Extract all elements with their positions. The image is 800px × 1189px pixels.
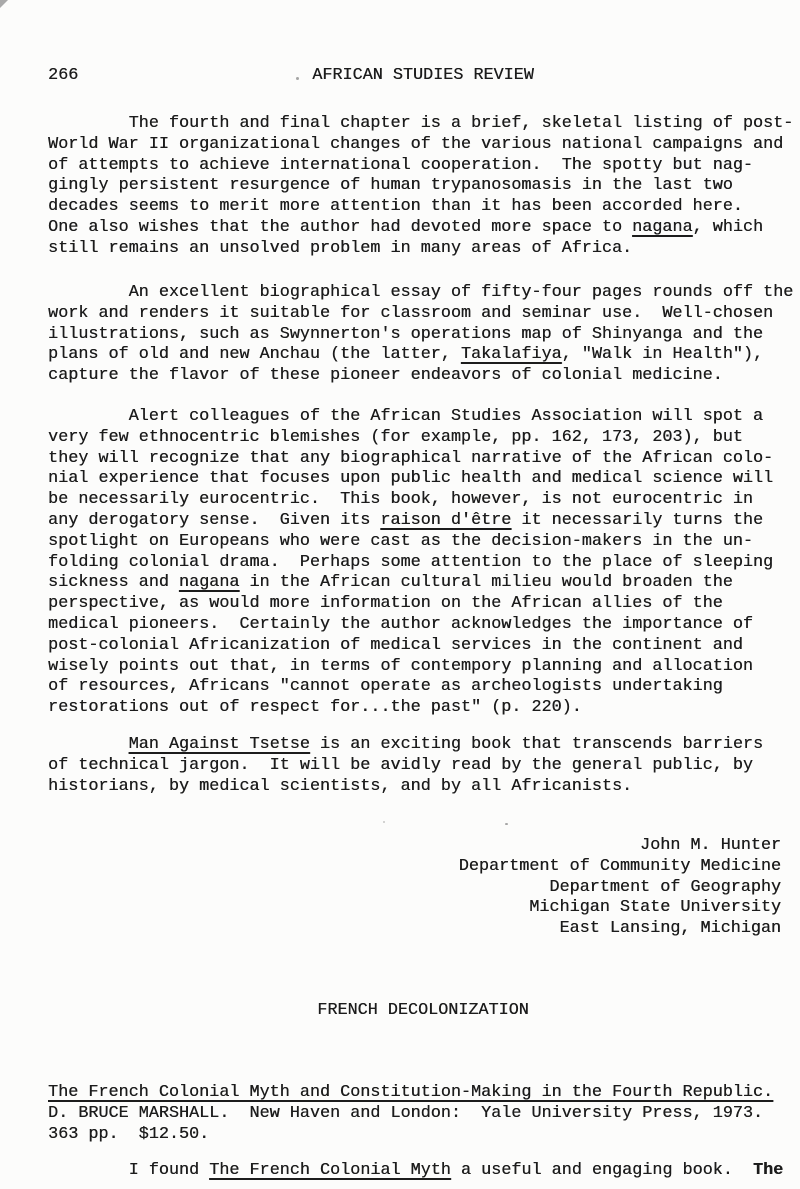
text-segment: be necessarily eurocentric. This book, h… [48,490,753,509]
text-segment: capture the flavor of these pioneer ende… [48,366,723,385]
text-line: capture the flavor of these pioneer ende… [48,366,798,387]
text-segment: nial experience that focuses upon public… [48,469,773,488]
text-segment: post-colonial Africanization of medical … [48,636,743,655]
text-line: perspective, as would more information o… [48,594,798,615]
review-paragraph-eurocentrism: Alert colleagues of the African Studies … [48,407,798,719]
text-segment: John M. Hunter [640,836,781,855]
text-line: be necessarily eurocentric. This book, h… [48,490,798,511]
underlined-text: The French Colonial Myth and Constitutio… [48,1083,773,1102]
journal-header-title: AFRICAN STUDIES REVIEW [48,66,798,87]
text-segment: medical pioneers. Certainly the author a… [48,615,753,634]
text-line: medical pioneers. Certainly the author a… [48,615,798,636]
text-segment: perspective, as would more information o… [48,594,723,613]
text-line: Michigan State University [48,898,781,919]
text-segment: of attempts to achieve international coo… [48,156,753,175]
text-line: restorations out of respect for...the pa… [48,698,798,719]
text-segment: I found [48,1161,209,1180]
text-segment: illustrations, such as Swynnerton's oper… [48,325,763,344]
text-segment: One also wishes that the author had devo… [48,218,632,237]
text-segment: East Lansing, Michigan [559,919,781,938]
text-line: nial experience that focuses upon public… [48,469,798,490]
text-segment: a useful and engaging book. [451,1161,753,1180]
next-review-opening-paragraph: I found The French Colonial Myth a usefu… [48,1161,798,1182]
text-segment: folding colonial drama. Perhaps some att… [48,553,773,572]
text-segment: they will recognize that any biographica… [48,449,773,468]
scan-corner-artifact [0,0,12,12]
text-segment: restorations out of respect for...the pa… [48,698,582,717]
scanned-page: 266 AFRICAN STUDIES REVIEW The fourth an… [0,0,800,1189]
text-line: any derogatory sense. Given its raison d… [48,511,798,532]
text-line: folding colonial drama. Perhaps some att… [48,553,798,574]
review-paragraph-conclusion: Man Against Tsetse is an exciting book t… [48,735,798,797]
text-segment: is an exciting book that transcends barr… [310,735,763,754]
text-line: illustrations, such as Swynnerton's oper… [48,325,798,346]
text-line: Department of Community Medicine [48,857,781,878]
text-segment: Department of Geography [549,878,781,897]
text-segment: work and renders it suitable for classro… [48,304,773,323]
text-segment: plans of old and new Anchau (the latter, [48,345,461,364]
underlined-text: nagana [632,218,692,237]
text-line: D. BRUCE MARSHALL. New Haven and London:… [48,1104,798,1125]
text-line: of attempts to achieve international coo… [48,156,798,177]
text-line: post-colonial Africanization of medical … [48,636,798,657]
text-segment: very few ethnocentric blemishes (for exa… [48,428,743,447]
reviewer-signature-block: John M. HunterDepartment of Community Me… [48,836,781,940]
text-line: I found The French Colonial Myth a usefu… [48,1161,798,1182]
scan-speck [383,821,385,823]
text-segment [48,735,129,754]
text-line: work and renders it suitable for classro… [48,304,798,325]
text-segment: any derogatory sense. Given its [48,511,380,530]
text-segment: 363 pp. $12.50. [48,1125,209,1144]
text-segment: sickness and [48,573,179,592]
text-line: The French Colonial Myth and Constitutio… [48,1083,798,1104]
underlined-text: Man Against Tsetse [129,735,310,754]
text-segment: wisely points out that, in terms of cont… [48,657,753,676]
text-segment: gingly persistent resurgence of human tr… [48,176,733,195]
text-line: One also wishes that the author had devo… [48,218,798,239]
review-paragraph-biographical-essay: An excellent biographical essay of fifty… [48,283,798,387]
review-paragraph-chapter-four: The fourth and final chapter is a brief,… [48,114,798,260]
text-line: of technical jargon. It will be avidly r… [48,756,798,777]
text-segment: D. BRUCE MARSHALL. New Haven and London:… [48,1104,763,1123]
text-segment: of resources, Africans "cannot operate a… [48,677,723,696]
scan-speck [505,823,508,825]
text-line: historians, by medical scientists, and b… [48,777,798,798]
underlined-text: The French Colonial Myth [209,1161,451,1180]
text-line: sickness and nagana in the African cultu… [48,573,798,594]
text-line: 363 pp. $12.50. [48,1125,798,1146]
underlined-text: Takalafiya [461,345,562,364]
text-line: gingly persistent resurgence of human tr… [48,176,798,197]
text-line: of resources, Africans "cannot operate a… [48,677,798,698]
text-segment: The [753,1161,783,1180]
text-segment: decades seems to merit more attention th… [48,197,743,216]
text-line: wisely points out that, in terms of cont… [48,657,798,678]
text-line: Man Against Tsetse is an exciting book t… [48,735,798,756]
text-segment: Michigan State University [529,898,781,917]
text-line: John M. Hunter [48,836,781,857]
text-line: An excellent biographical essay of fifty… [48,283,798,304]
text-line: decades seems to merit more attention th… [48,197,798,218]
text-segment: spotlight on Europeans who were cast as … [48,532,753,551]
text-line: Alert colleagues of the African Studies … [48,407,798,428]
underlined-text: raison d'être [380,511,511,530]
underlined-text: nagana [179,573,239,592]
text-segment: , "Walk in Health"), [562,345,763,364]
text-line: East Lansing, Michigan [48,919,781,940]
text-segment: in the African cultural milieu would bro… [239,573,732,592]
book-citation-block: The French Colonial Myth and Constitutio… [48,1083,798,1145]
text-segment: historians, by medical scientists, and b… [48,777,632,796]
text-segment: still remains an unsolved problem in man… [48,239,632,258]
text-segment: The fourth and final chapter is a brief,… [48,114,793,133]
text-line: The fourth and final chapter is a brief,… [48,114,798,135]
text-segment: An excellent biographical essay of fifty… [48,283,793,302]
section-heading: FRENCH DECOLONIZATION [48,1001,798,1022]
text-segment: World War II organizational changes of t… [48,135,783,154]
text-segment: of technical jargon. It will be avidly r… [48,756,753,775]
text-segment: Department of Community Medicine [459,857,781,876]
text-line: very few ethnocentric blemishes (for exa… [48,428,798,449]
text-line: Department of Geography [48,878,781,899]
text-line: plans of old and new Anchau (the latter,… [48,345,798,366]
text-line: they will recognize that any biographica… [48,449,798,470]
text-segment: Alert colleagues of the African Studies … [48,407,763,426]
text-line: World War II organizational changes of t… [48,135,798,156]
text-segment: , which [693,218,764,237]
text-line: still remains an unsolved problem in man… [48,239,798,260]
text-line: spotlight on Europeans who were cast as … [48,532,798,553]
text-segment: it necessarily turns the [511,511,763,530]
